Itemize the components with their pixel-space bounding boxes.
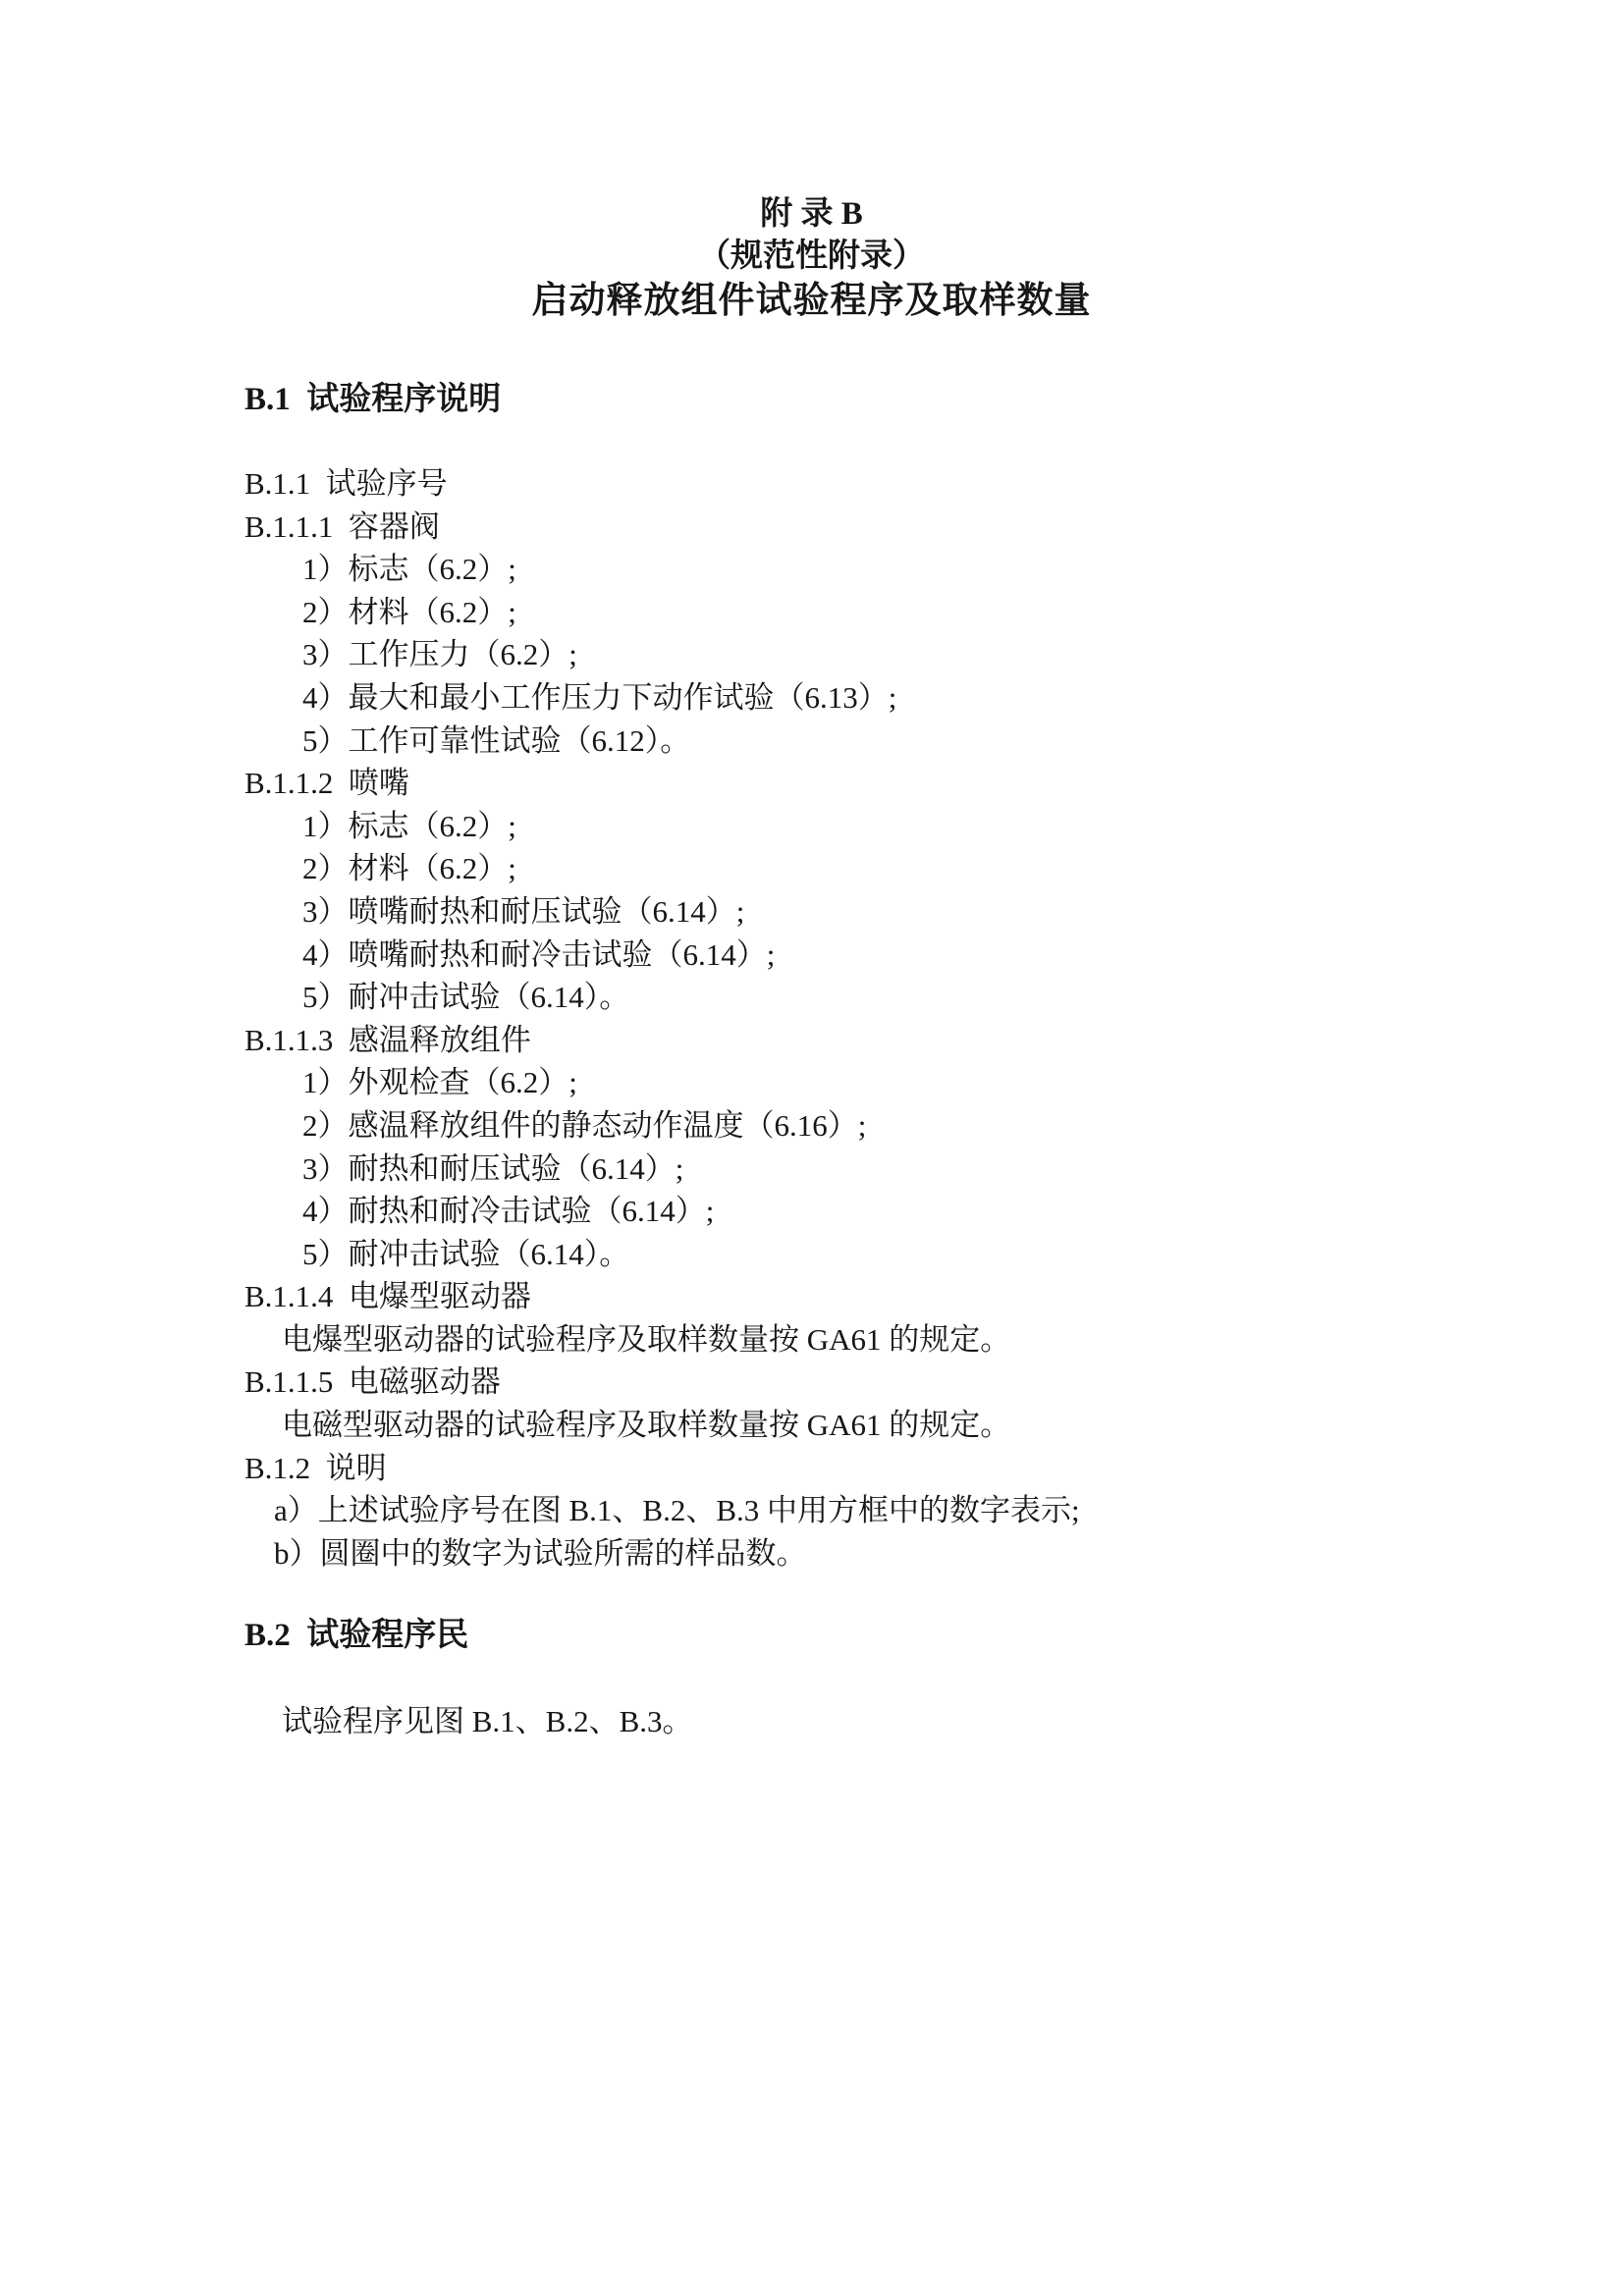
- section-heading-b11: B.1.1 试验序号: [244, 462, 1515, 506]
- list-item: 4）喷嘴耐热和耐冷击试验（6.14）;: [244, 934, 1515, 977]
- document-page: 附 录 B （规范性附录） 启动释放组件试验程序及取样数量 B.1 试验程序说明…: [0, 0, 1623, 2296]
- list-item: 5）耐冲击试验（6.14）。: [244, 976, 1515, 1019]
- list-item: 2）材料（6.2）;: [244, 847, 1515, 890]
- list-item: 3）工作压力（6.2）;: [244, 633, 1515, 676]
- section-heading-b114: B.1.1.4 电爆型驱动器: [244, 1275, 1515, 1318]
- section-heading-b112: B.1.1.2 喷嘴: [244, 762, 1515, 805]
- list-item: 2）感温释放组件的静态动作温度（6.16）;: [244, 1104, 1515, 1148]
- document-body: B.1 试验程序说明 B.1.1 试验序号 B.1.1.1 容器阀 1）标志（6…: [244, 378, 1515, 1743]
- appendix-main-title: 启动释放组件试验程序及取样数量: [0, 278, 1623, 325]
- paragraph-b115: 电磁型驱动器的试验程序及取样数量按 GA61 的规定。: [244, 1404, 1515, 1447]
- note-item-b: b）圆圈中的数字为试验所需的样品数。: [244, 1532, 1515, 1575]
- title-block: 附 录 B （规范性附录） 启动释放组件试验程序及取样数量: [0, 0, 1623, 325]
- section-heading-b113: B.1.1.3 感温释放组件: [244, 1019, 1515, 1062]
- section-heading-b115: B.1.1.5 电磁驱动器: [244, 1361, 1515, 1404]
- note-item-a: a）上述试验序号在图 B.1、B.2、B.3 中用方框中的数字表示;: [244, 1489, 1515, 1532]
- list-item: 5）工作可靠性试验（6.12）。: [244, 720, 1515, 763]
- appendix-subtitle: （规范性附录）: [0, 236, 1623, 278]
- list-item: 4）耐热和耐冷击试验（6.14）;: [244, 1190, 1515, 1233]
- list-item: 3）喷嘴耐热和耐压试验（6.14）;: [244, 890, 1515, 934]
- list-item: 1）外观检查（6.2）;: [244, 1061, 1515, 1104]
- section-heading-b111: B.1.1.1 容器阀: [244, 506, 1515, 549]
- paragraph-b114: 电爆型驱动器的试验程序及取样数量按 GA61 的规定。: [244, 1318, 1515, 1362]
- appendix-title: 附 录 B: [0, 193, 1623, 236]
- section-heading-b1: B.1 试验程序说明: [244, 378, 1515, 421]
- section-heading-b2: B.2 试验程序民: [244, 1614, 1515, 1657]
- list-item: 1）标志（6.2）;: [244, 805, 1515, 848]
- list-item: 4）最大和最小工作压力下动作试验（6.13）;: [244, 676, 1515, 720]
- paragraph-b2: 试验程序见图 B.1、B.2、B.3。: [244, 1700, 1515, 1743]
- list-item: 3）耐热和耐压试验（6.14）;: [244, 1148, 1515, 1191]
- section-heading-b12: B.1.2 说明: [244, 1447, 1515, 1490]
- list-item: 5）耐冲击试验（6.14）。: [244, 1233, 1515, 1276]
- list-item: 1）标志（6.2）;: [244, 548, 1515, 591]
- list-item: 2）材料（6.2）;: [244, 591, 1515, 634]
